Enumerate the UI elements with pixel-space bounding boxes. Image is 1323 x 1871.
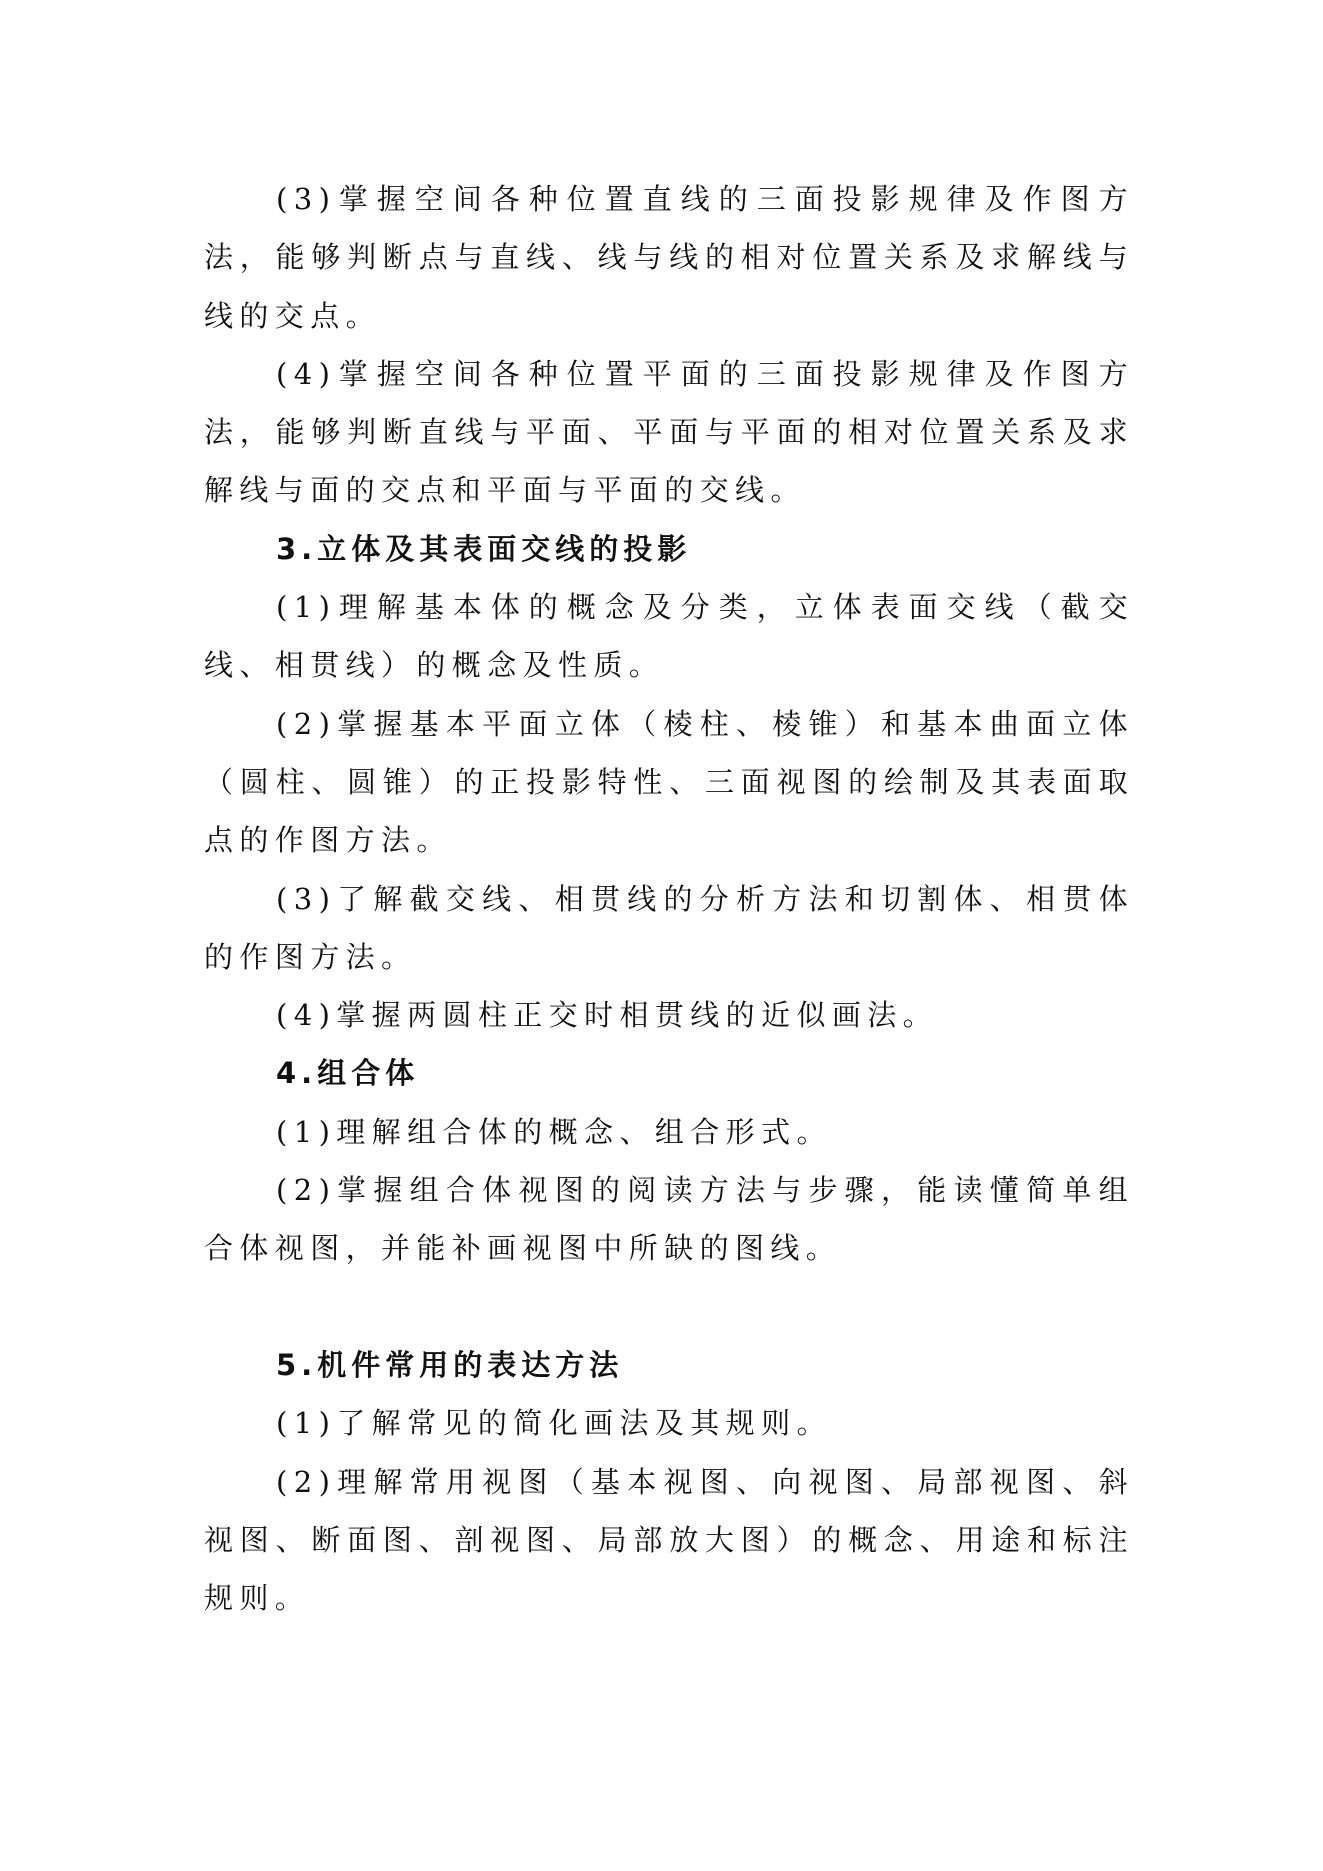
paragraph-4-2: (2)掌握组合体视图的阅读方法与步骤，能读懂简单组合体视图，并能补画视图中所缺的… [204,1161,1134,1278]
paragraph-2-4: (4)掌握空间各种位置平面的三面投影规律及作图方法，能够判断直线与平面、平面与平… [204,345,1134,520]
paragraph-3-1: (1)理解基本体的概念及分类，立体表面交线（截交线、相贯线）的概念及性质。 [204,578,1134,695]
paragraph-2-3: (3)掌握空间各种位置直线的三面投影规律及作图方法，能够判断点与直线、线与线的相… [204,170,1134,345]
blank-line [204,1278,1134,1336]
section-heading-4: 4.组合体 [204,1044,1134,1102]
section-heading-5: 5.机件常用的表达方法 [204,1336,1134,1394]
paragraph-5-1: (1)了解常见的简化画法及其规则。 [204,1394,1134,1452]
paragraph-3-4: (4)掌握两圆柱正交时相贯线的近似画法。 [204,986,1134,1044]
section-heading-3: 3.立体及其表面交线的投影 [204,520,1134,578]
paragraph-3-3: (3)了解截交线、相贯线的分析方法和切割体、相贯体的作图方法。 [204,870,1134,987]
paragraph-4-1: (1)理解组合体的概念、组合形式。 [204,1103,1134,1161]
paragraph-3-2: (2)掌握基本平面立体（棱柱、棱锥）和基本曲面立体（圆柱、圆锥）的正投影特性、三… [204,695,1134,870]
document-page: (3)掌握空间各种位置直线的三面投影规律及作图方法，能够判断点与直线、线与线的相… [204,170,1134,1627]
paragraph-5-2: (2)理解常用视图（基本视图、向视图、局部视图、斜视图、断面图、剖视图、局部放大… [204,1453,1134,1628]
